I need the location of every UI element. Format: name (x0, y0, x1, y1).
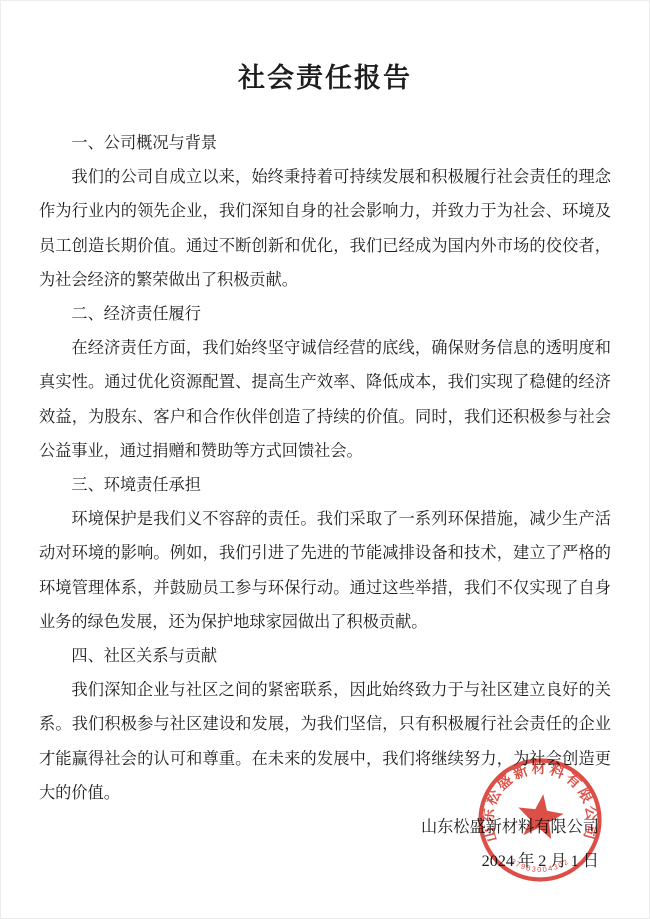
signature-date: 2024 年 2 月 1 日 (39, 844, 599, 878)
section-company-overview: 一、公司概况与背景 我们的公司自成立以来，始终秉持着可持续发展和积极履行社会责任… (39, 126, 611, 297)
section-heading-1: 一、公司概况与背景 (39, 126, 611, 160)
section-heading-4: 四、社区关系与贡献 (39, 639, 611, 673)
section-body-4: 我们深知企业与社区之间的紧密联系，因此始终致力于与社区建立良好的关系。我们积极参… (39, 673, 611, 810)
section-heading-3: 三、环境责任承担 (39, 468, 611, 502)
section-body-1: 我们的公司自成立以来，始终秉持着可持续发展和积极履行社会责任的理念作为行业内的领… (39, 160, 611, 297)
section-body-2: 在经济责任方面，我们始终坚守诚信经营的底线，确保财务信息的透明度和真实性。通过优… (39, 331, 611, 468)
section-community-relations: 四、社区关系与贡献 我们深知企业与社区之间的紧密联系，因此始终致力于与社区建立良… (39, 639, 611, 810)
section-heading-2: 二、经济责任履行 (39, 297, 611, 331)
signature-company-name: 山东松盛新材料有限公司 (39, 810, 599, 844)
signature-block: 山东松盛新材料有限公司 2024 年 2 月 1 日 (39, 810, 611, 878)
section-economic-responsibility: 二、经济责任履行 在经济责任方面，我们始终坚守诚信经营的底线，确保财务信息的透明… (39, 297, 611, 468)
section-environmental-responsibility: 三、环境责任承担 环境保护是我们义不容辞的责任。我们采取了一系列环保措施，减少生… (39, 468, 611, 639)
section-body-3: 环境保护是我们义不容辞的责任。我们采取了一系列环保措施，减少生产活动对环境的影响… (39, 502, 611, 639)
document-title: 社会责任报告 (39, 57, 611, 99)
document-page: 社会责任报告 一、公司概况与背景 我们的公司自成立以来，始终秉持着可持续发展和积… (0, 0, 650, 919)
document-content: 社会责任报告 一、公司概况与背景 我们的公司自成立以来，始终秉持着可持续发展和积… (1, 57, 649, 878)
